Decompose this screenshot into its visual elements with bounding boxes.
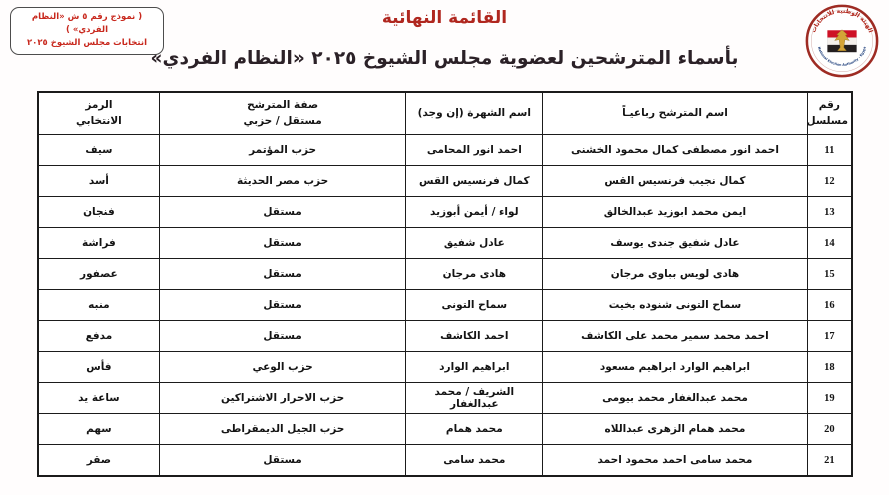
capacity-cell: مستقل	[159, 445, 406, 477]
col-header-capacity-line1: صفة المترشح	[163, 98, 403, 114]
col-header-serial-line2: مسلسل	[811, 114, 848, 130]
symbol-cell: سيف	[38, 135, 159, 166]
symbol-cell: ساعة يد	[38, 383, 159, 414]
known-name-cell: كمال فرنسيس القس	[406, 166, 543, 197]
full-name-cell: محمد همام الزهرى عبداللاه	[543, 414, 808, 445]
col-header-known-name: اسم الشهرة (إن وجد)	[406, 92, 543, 135]
known-name-cell: الشريف / محمد عبدالغفار	[406, 383, 543, 414]
full-name-cell: كمال نجيب فرنسيس القس	[543, 166, 808, 197]
candidates-table: رقم مسلسل اسم المترشح رباعيـاً اسم الشهر…	[37, 91, 853, 477]
known-name-cell: محمد سامى	[406, 445, 543, 477]
serial-cell: 15	[807, 259, 852, 290]
symbol-cell: فنجان	[38, 197, 159, 228]
candidates-table-wrap: رقم مسلسل اسم المترشح رباعيـاً اسم الشهر…	[37, 91, 853, 477]
col-header-symbol-line2: الانتخابي	[42, 114, 156, 130]
capacity-cell: مستقل	[159, 259, 406, 290]
table-row: 14 عادل شفيق جندى يوسف عادل شفيق مستقل ف…	[38, 228, 852, 259]
capacity-cell: مستقل	[159, 228, 406, 259]
table-row: 12 كمال نجيب فرنسيس القس كمال فرنسيس الق…	[38, 166, 852, 197]
col-header-serial: رقم مسلسل	[807, 92, 852, 135]
table-row: 21 محمد سامى احمد محمود احمد محمد سامى م…	[38, 445, 852, 477]
col-header-serial-line1: رقم	[811, 98, 848, 114]
col-header-capacity-line2: مستقل / حزبي	[163, 114, 403, 130]
table-row: 11 احمد انور مصطفى كمال محمود الخشنى احم…	[38, 135, 852, 166]
known-name-cell: هادى مرجان	[406, 259, 543, 290]
known-name-cell: ابراهيم الوارد	[406, 352, 543, 383]
table-header-row: رقم مسلسل اسم المترشح رباعيـاً اسم الشهر…	[38, 92, 852, 135]
capacity-cell: حزب المؤتمر	[159, 135, 406, 166]
table-row: 13 ايمن محمد ابوزيد عبدالخالق لواء / أيم…	[38, 197, 852, 228]
capacity-cell: حزب الاحرار الاشتراكين	[159, 383, 406, 414]
serial-cell: 17	[807, 321, 852, 352]
serial-cell: 16	[807, 290, 852, 321]
full-name-cell: محمد عبدالغفار محمد بيومى	[543, 383, 808, 414]
page-title: القائمة النهائية	[0, 8, 889, 28]
full-name-cell: ايمن محمد ابوزيد عبدالخالق	[543, 197, 808, 228]
capacity-cell: مستقل	[159, 197, 406, 228]
symbol-cell: صقر	[38, 445, 159, 477]
symbol-cell: سهم	[38, 414, 159, 445]
table-row: 15 هادى لويس بباوى مرجان هادى مرجان مستق…	[38, 259, 852, 290]
page-subtitle: بأسماء المترشحين لعضوية مجلس الشيوخ ٢٠٢٥…	[0, 48, 889, 69]
known-name-cell: احمد انور المحامى	[406, 135, 543, 166]
col-header-symbol: الرمز الانتخابي	[38, 92, 159, 135]
symbol-cell: فأس	[38, 352, 159, 383]
full-name-cell: عادل شفيق جندى يوسف	[543, 228, 808, 259]
known-name-cell: عادل شفيق	[406, 228, 543, 259]
table-row: 16 سماح التونى شنوده بخيت سماح التونى مس…	[38, 290, 852, 321]
document-page: ( نموذج رقم ٥ ش «النظام الفردي» ) انتخاب…	[0, 0, 889, 495]
capacity-cell: حزب مصر الحديثة	[159, 166, 406, 197]
known-name-cell: احمد الكاشف	[406, 321, 543, 352]
table-row: 20 محمد همام الزهرى عبداللاه محمد همام ح…	[38, 414, 852, 445]
symbol-cell: أسد	[38, 166, 159, 197]
symbol-cell: منبه	[38, 290, 159, 321]
symbol-cell: فراشة	[38, 228, 159, 259]
serial-cell: 21	[807, 445, 852, 477]
known-name-cell: لواء / أيمن أبوزيد	[406, 197, 543, 228]
col-header-symbol-line1: الرمز	[42, 98, 156, 114]
capacity-cell: مستقل	[159, 290, 406, 321]
capacity-cell: حزب الوعي	[159, 352, 406, 383]
capacity-cell: مستقل	[159, 321, 406, 352]
col-header-full-name: اسم المترشح رباعيـاً	[543, 92, 808, 135]
table-row: 19 محمد عبدالغفار محمد بيومى الشريف / مح…	[38, 383, 852, 414]
serial-cell: 14	[807, 228, 852, 259]
full-name-cell: محمد سامى احمد محمود احمد	[543, 445, 808, 477]
capacity-cell: حزب الجيل الديمقراطى	[159, 414, 406, 445]
serial-cell: 18	[807, 352, 852, 383]
serial-cell: 19	[807, 383, 852, 414]
serial-cell: 11	[807, 135, 852, 166]
full-name-cell: ابراهيم الوارد ابراهيم مسعود	[543, 352, 808, 383]
known-name-cell: محمد همام	[406, 414, 543, 445]
full-name-cell: هادى لويس بباوى مرجان	[543, 259, 808, 290]
full-name-cell: احمد محمد سمير محمد على الكاشف	[543, 321, 808, 352]
serial-cell: 20	[807, 414, 852, 445]
col-header-capacity: صفة المترشح مستقل / حزبي	[159, 92, 406, 135]
table-row: 18 ابراهيم الوارد ابراهيم مسعود ابراهيم …	[38, 352, 852, 383]
known-name-cell: سماح التونى	[406, 290, 543, 321]
full-name-cell: سماح التونى شنوده بخيت	[543, 290, 808, 321]
serial-cell: 12	[807, 166, 852, 197]
symbol-cell: عصفور	[38, 259, 159, 290]
full-name-cell: احمد انور مصطفى كمال محمود الخشنى	[543, 135, 808, 166]
table-row: 17 احمد محمد سمير محمد على الكاشف احمد ا…	[38, 321, 852, 352]
symbol-cell: مدفع	[38, 321, 159, 352]
serial-cell: 13	[807, 197, 852, 228]
